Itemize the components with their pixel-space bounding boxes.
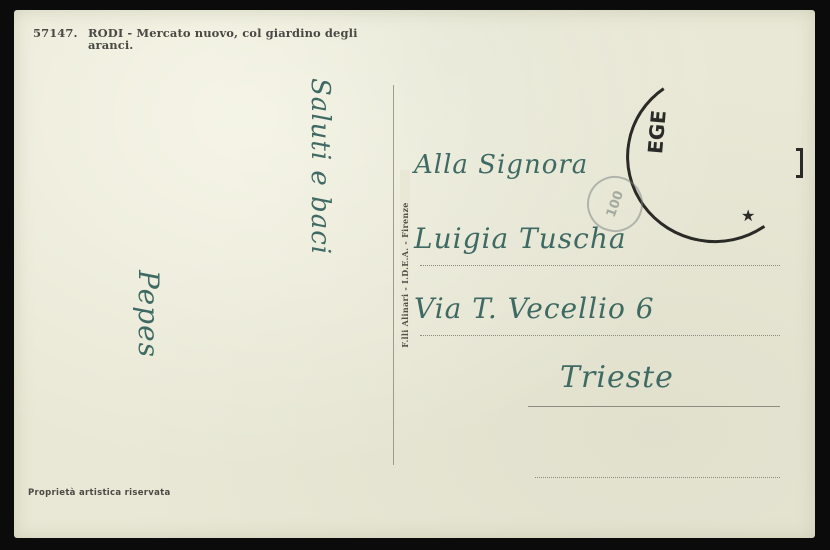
address-line-4: [535, 477, 780, 478]
address-city: Trieste: [560, 360, 674, 395]
message-greeting: Saluti e baci: [305, 78, 335, 255]
address-street: Via T. Vecellio 6: [414, 292, 655, 325]
address-salutation: Alla Signora: [414, 150, 588, 180]
address-line-2: [420, 335, 780, 336]
address-recipient: Luigia Tuscha: [414, 222, 627, 255]
vertical-divider: [393, 85, 394, 465]
caption-title-line2: aranci.: [33, 39, 413, 51]
postmark-text: EGE: [643, 109, 671, 155]
postcard-caption: 57147.RODI - Mercato nuovo, col giardino…: [33, 27, 413, 51]
publisher-imprint: F.lli Alinari - I.D.E.A. - Firenze: [400, 170, 410, 380]
caption-number: 57147.: [33, 27, 88, 39]
copyright-note: Proprietà artistica riservata: [28, 488, 171, 498]
star-icon: ★: [741, 206, 755, 225]
message-signature: Pepes: [132, 270, 165, 358]
address-line-3: [528, 406, 780, 407]
address-line-1: [420, 265, 780, 266]
postmark-mark: [796, 148, 803, 178]
